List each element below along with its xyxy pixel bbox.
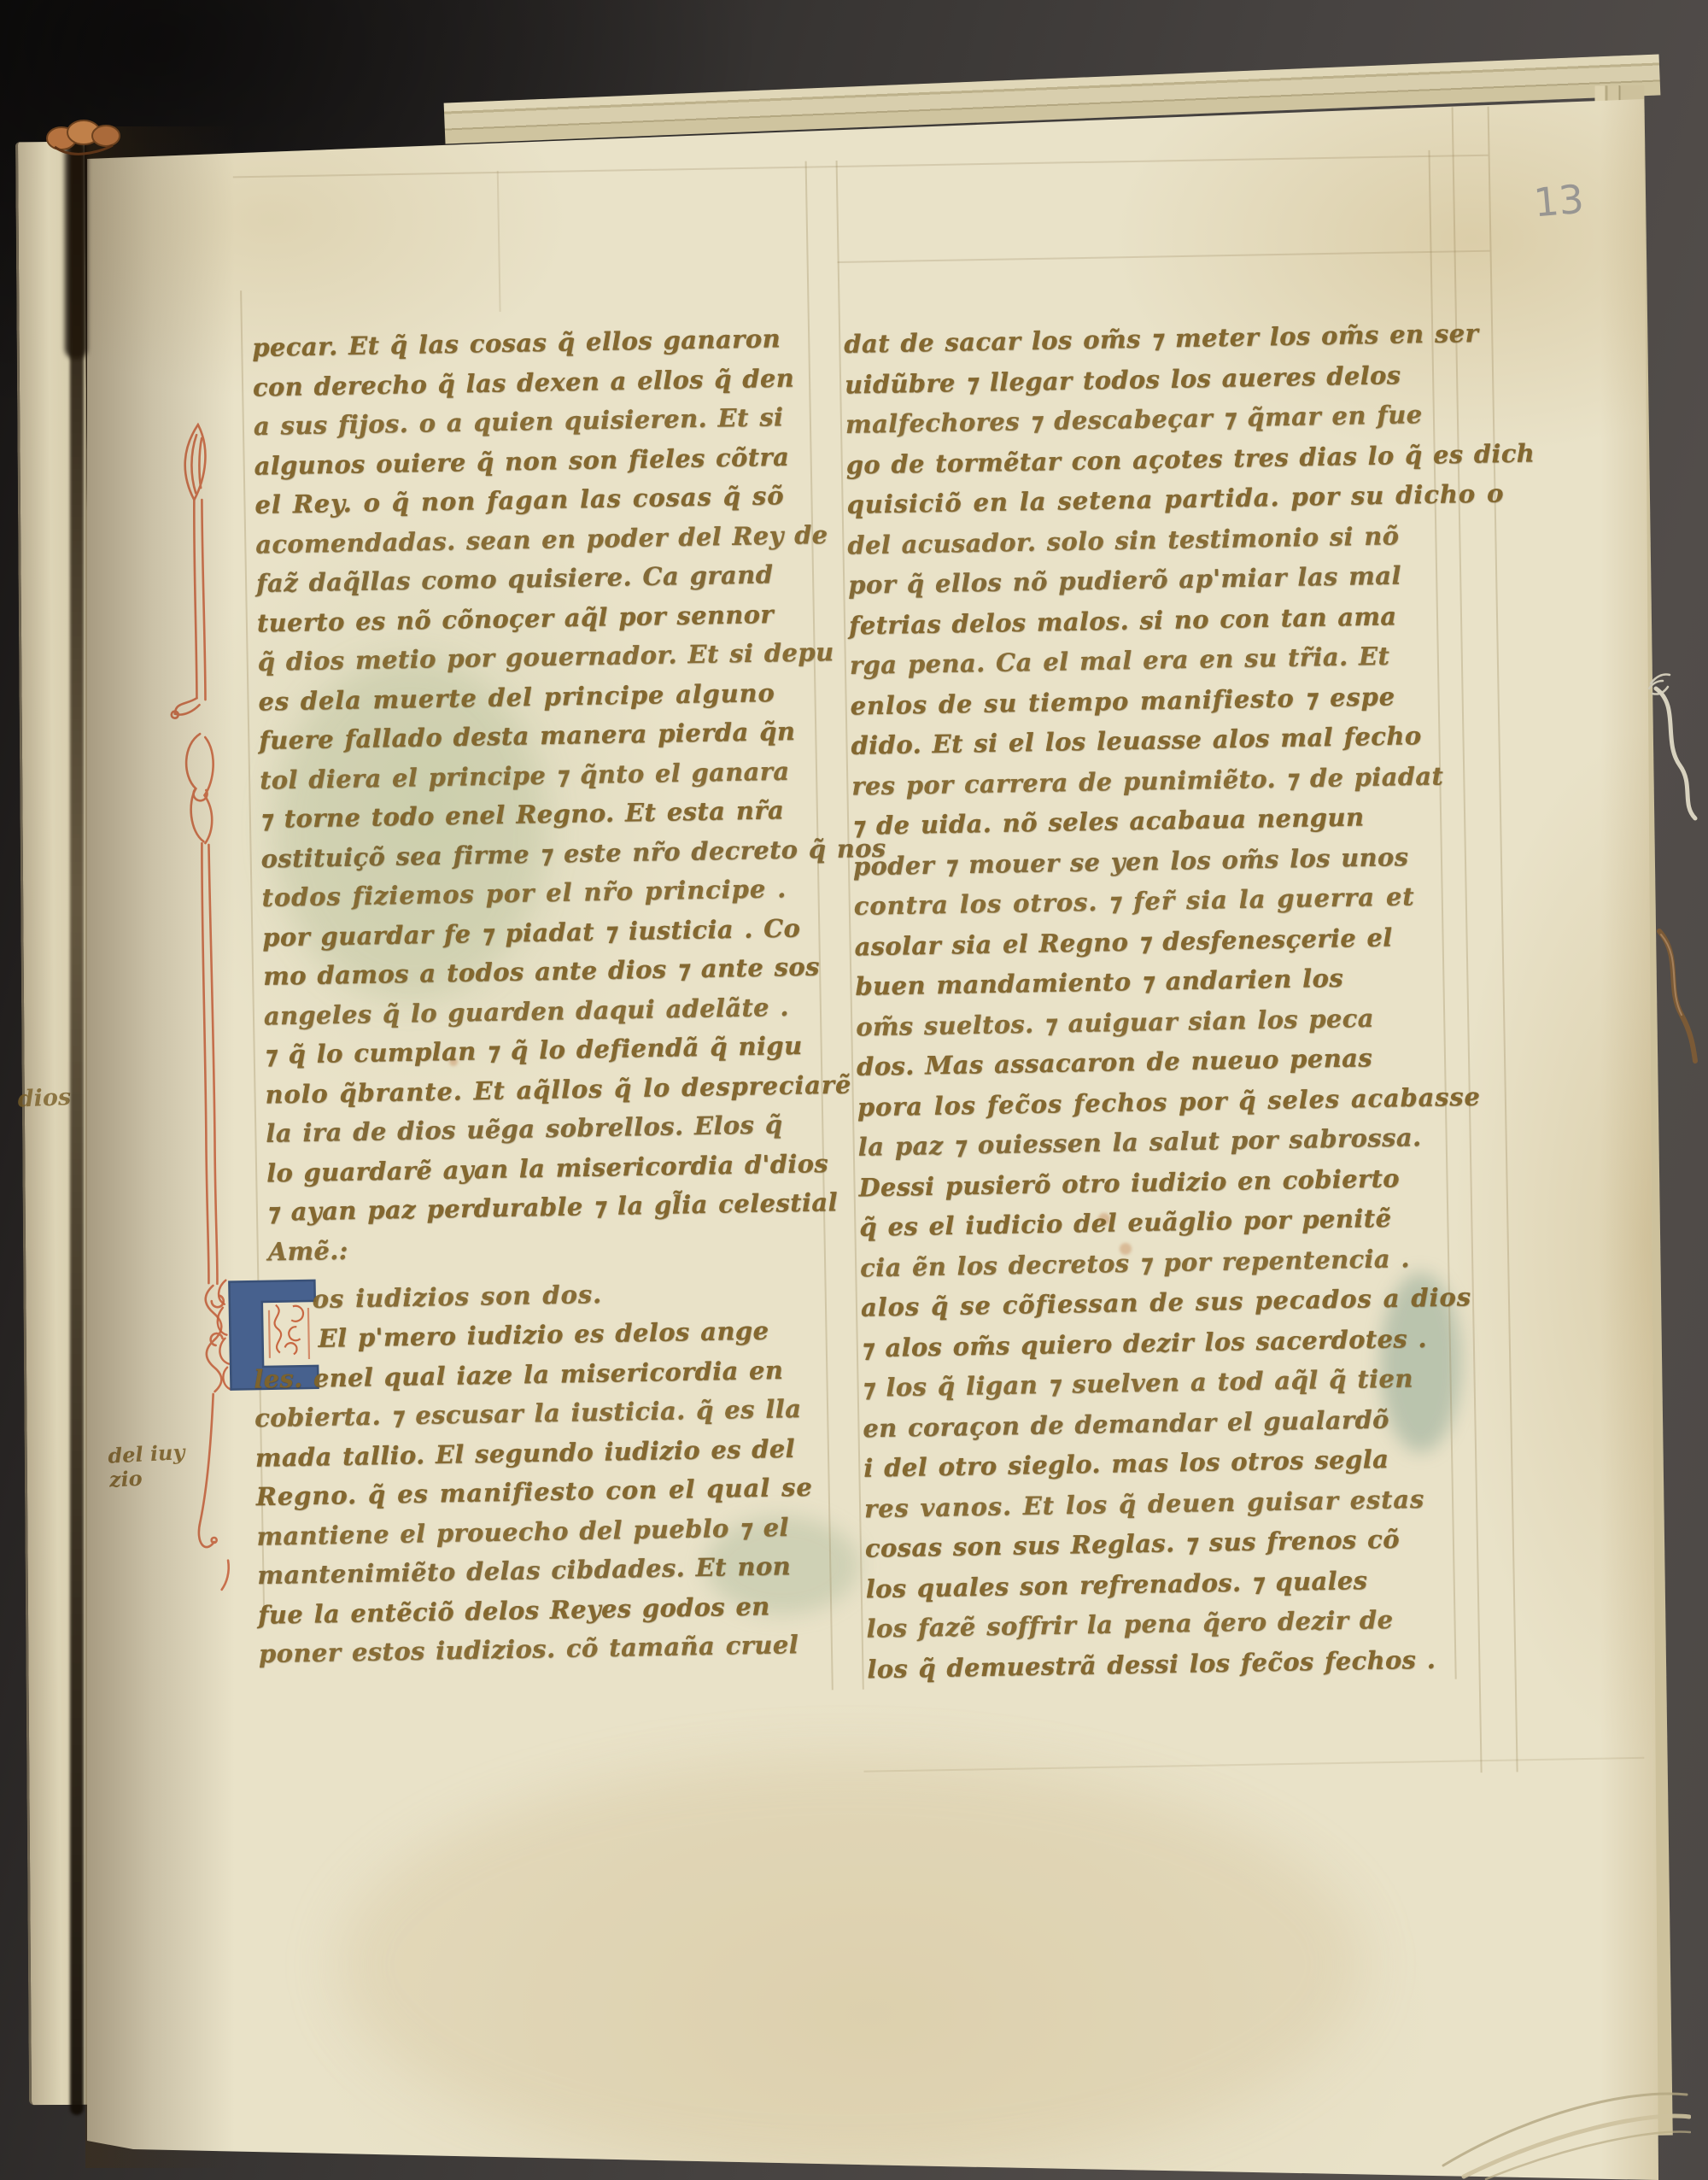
ruling-line [233, 155, 1489, 179]
right-column: dat de sacar los om̃s ⁊ meter los om̃s e… [844, 314, 1483, 1689]
bookmark-threads [1644, 658, 1708, 1119]
left-column-paragraph2: El p'mero iudizio es delos angeles. enel… [253, 1315, 848, 1679]
ruling-line [497, 171, 501, 312]
page-corner-curl [1435, 1982, 1691, 2180]
endband [38, 108, 126, 176]
left-column: pecar. Et q̃ las cosas q̃ ellos ganaronc… [252, 323, 840, 1276]
ruling-line [838, 250, 1490, 263]
folio-number: 13 [1532, 176, 1586, 226]
ruling-line [863, 1757, 1644, 1773]
manuscript-page: 13 [82, 94, 1660, 2180]
page-content: del iuy zio pecar. Et q̃ las cosas q̃ el… [78, 69, 1692, 2180]
manuscript-photo: dios 13 [0, 0, 1708, 2180]
chapter-heading: os iudizios son dos. [252, 1280, 602, 1325]
gutter-crack [70, 142, 84, 2115]
white-thread [1656, 689, 1695, 818]
ruling-line [1488, 107, 1518, 1773]
brown-thread [1659, 931, 1695, 1061]
book-gutter-shadow [85, 126, 235, 2168]
